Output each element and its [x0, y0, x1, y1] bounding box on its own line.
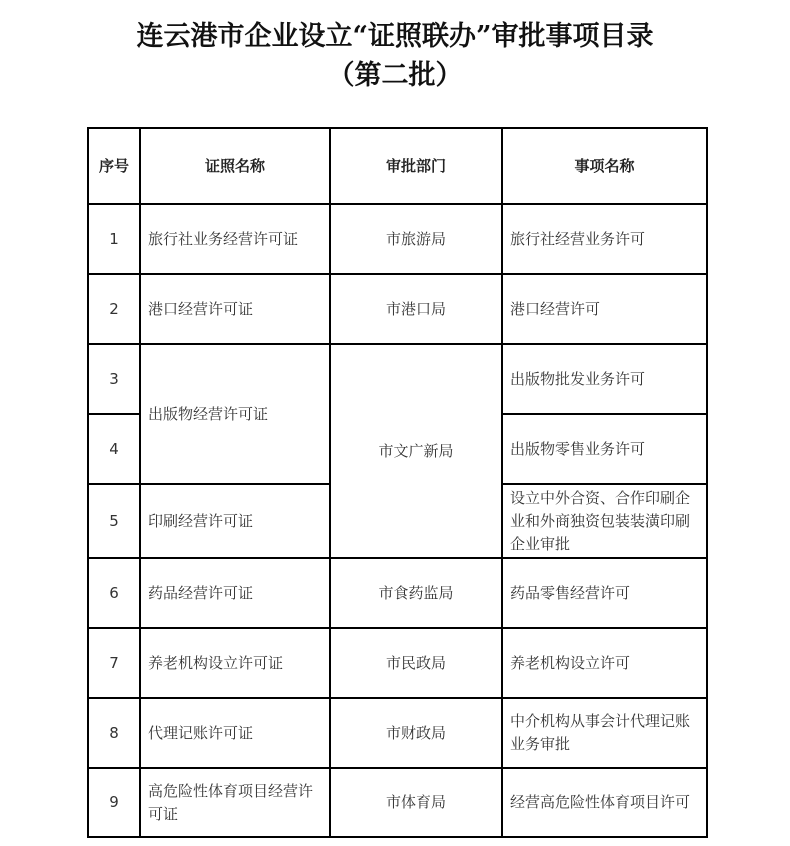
license-name: 代理记账许可证 [140, 698, 330, 768]
row-number: 6 [88, 558, 140, 628]
approval-department: 市财政局 [330, 698, 502, 768]
row-number: 9 [88, 768, 140, 837]
document-subtitle: （第二批） [0, 53, 790, 92]
table-row: 2 港口经营许可证 市港口局 港口经营许可 [88, 274, 707, 344]
table-header-row: 序号 证照名称 审批部门 事项名称 [88, 128, 707, 204]
approval-department: 市旅游局 [330, 204, 502, 274]
header-approval-department: 审批部门 [330, 128, 502, 204]
table-row: 3 出版物经营许可证 市文广新局 出版物批发业务许可 [88, 344, 707, 414]
row-number: 7 [88, 628, 140, 698]
license-name: 高危险性体育项目经营许可证 [140, 768, 330, 837]
row-number: 5 [88, 484, 140, 558]
license-name: 出版物经营许可证 [140, 344, 330, 484]
row-number: 8 [88, 698, 140, 768]
table-row: 6 药品经营许可证 市食药监局 药品零售经营许可 [88, 558, 707, 628]
table-row: 7 养老机构设立许可证 市民政局 养老机构设立许可 [88, 628, 707, 698]
item-name: 出版物批发业务许可 [502, 344, 707, 414]
row-number: 1 [88, 204, 140, 274]
approval-department: 市民政局 [330, 628, 502, 698]
license-name: 港口经营许可证 [140, 274, 330, 344]
license-name: 印刷经营许可证 [140, 484, 330, 558]
item-name: 药品零售经营许可 [502, 558, 707, 628]
row-number: 4 [88, 414, 140, 484]
license-name: 旅行社业务经营许可证 [140, 204, 330, 274]
license-name: 养老机构设立许可证 [140, 628, 330, 698]
table-row: 1 旅行社业务经营许可证 市旅游局 旅行社经营业务许可 [88, 204, 707, 274]
table-row: 8 代理记账许可证 市财政局 中介机构从事会计代理记账业务审批 [88, 698, 707, 768]
approval-department: 市体育局 [330, 768, 502, 837]
license-name: 药品经营许可证 [140, 558, 330, 628]
header-license-name: 证照名称 [140, 128, 330, 204]
item-name: 中介机构从事会计代理记账业务审批 [502, 698, 707, 768]
header-number: 序号 [88, 128, 140, 204]
table-row: 9 高危险性体育项目经营许可证 市体育局 经营高危险性体育项目许可 [88, 768, 707, 837]
header-item-name: 事项名称 [502, 128, 707, 204]
item-name: 旅行社经营业务许可 [502, 204, 707, 274]
approval-department: 市文广新局 [330, 344, 502, 558]
approval-items-table: 序号 证照名称 审批部门 事项名称 1 旅行社业务经营许可证 市旅游局 旅行社经… [87, 127, 708, 838]
approval-department: 市食药监局 [330, 558, 502, 628]
item-name: 经营高危险性体育项目许可 [502, 768, 707, 837]
approval-department: 市港口局 [330, 274, 502, 344]
item-name: 出版物零售业务许可 [502, 414, 707, 484]
item-name: 设立中外合资、合作印刷企业和外商独资包装装潢印刷企业审批 [502, 484, 707, 558]
row-number: 3 [88, 344, 140, 414]
item-name: 养老机构设立许可 [502, 628, 707, 698]
document-title: 连云港市企业设立“证照联办”审批事项目录 [0, 14, 790, 53]
row-number: 2 [88, 274, 140, 344]
item-name: 港口经营许可 [502, 274, 707, 344]
